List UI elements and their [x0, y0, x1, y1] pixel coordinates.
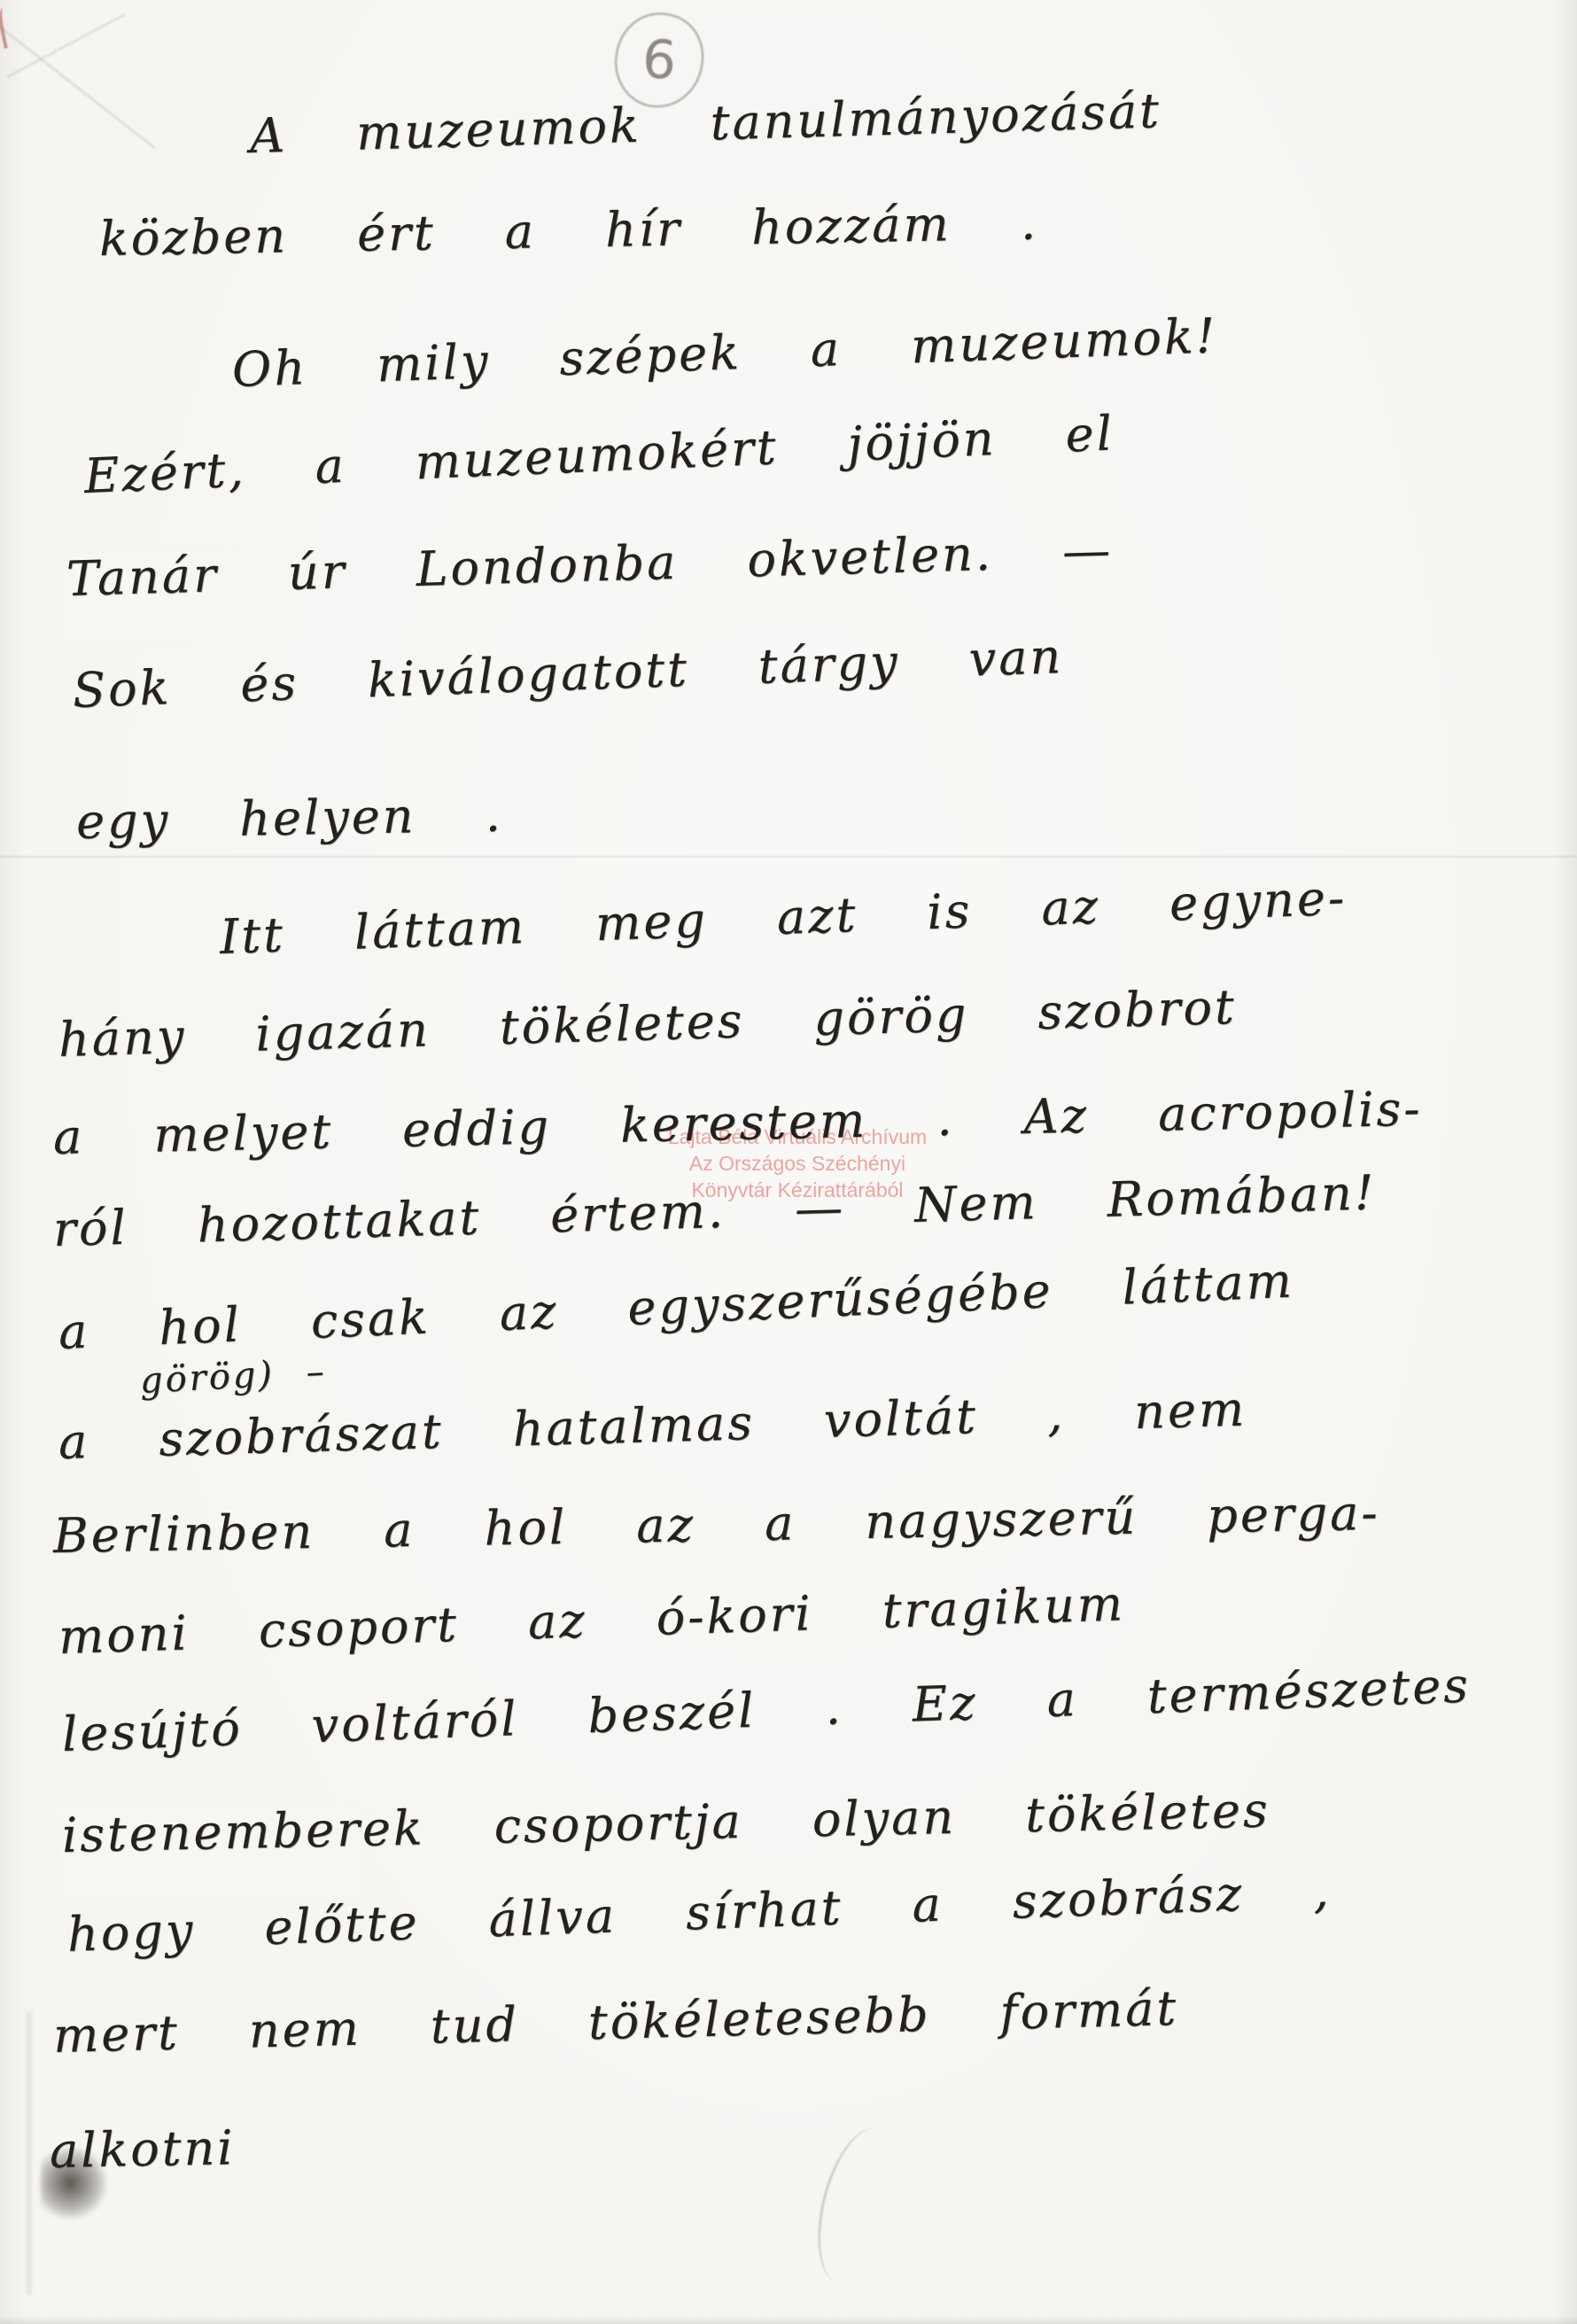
handwriting-line: hány igazán tökéletes görög szobrot — [58, 979, 1237, 1068]
handwriting-line: Ezért, a muzeumokért jöjjön el — [83, 405, 1115, 504]
handwriting-line: lesújtó voltáról beszél . Ez a természet… — [61, 1658, 1472, 1762]
corner-crease-mark — [0, 5, 155, 149]
page-number: 6 — [641, 28, 679, 92]
handwriting-line: egy helyen . — [75, 787, 503, 850]
handwriting-line: moni csoport az ó-kori tragikum — [58, 1575, 1126, 1665]
pencil-arc-mark — [804, 2120, 911, 2292]
red-margin-mark — [0, 6, 17, 49]
handwriting-line: mert nem tud tökéletesebb formát — [52, 1980, 1178, 2064]
scan-streak — [27, 2011, 32, 2295]
handwriting-line: alkotni — [49, 2119, 236, 2179]
scan-edge-shading — [0, 2315, 1577, 2324]
handwriting-line: Itt láttam meg azt is az egyne- — [219, 870, 1348, 965]
fold-crease-line — [0, 856, 1577, 858]
scan-edge-shading — [1554, 0, 1577, 2324]
handwriting-line: közben ért a hír hozzám . — [98, 195, 1038, 267]
handwriting-line: a hol csak az egyszerűségébe láttam — [58, 1253, 1295, 1360]
watermark-line: Az Országos Széchényi — [656, 1150, 939, 1177]
interlinear-insertion: görög) – — [139, 1351, 328, 1402]
handwriting-line: Tanár úr Londonba okvetlen. — — [66, 522, 1114, 607]
handwriting-line: A muzeumok tanulmányozását — [249, 82, 1161, 164]
manuscript-scan-page: 6 Lajta Béla Virtuális Archívum Az Orszá… — [0, 0, 1577, 2324]
handwriting-line: istenemberek csoportja olyan tökéletes — [61, 1782, 1270, 1863]
handwriting-line: Oh mily szépek a muzeumok! — [231, 307, 1218, 398]
handwriting-line: Berlinben a hol az a nagyszerű perga- — [52, 1485, 1380, 1564]
